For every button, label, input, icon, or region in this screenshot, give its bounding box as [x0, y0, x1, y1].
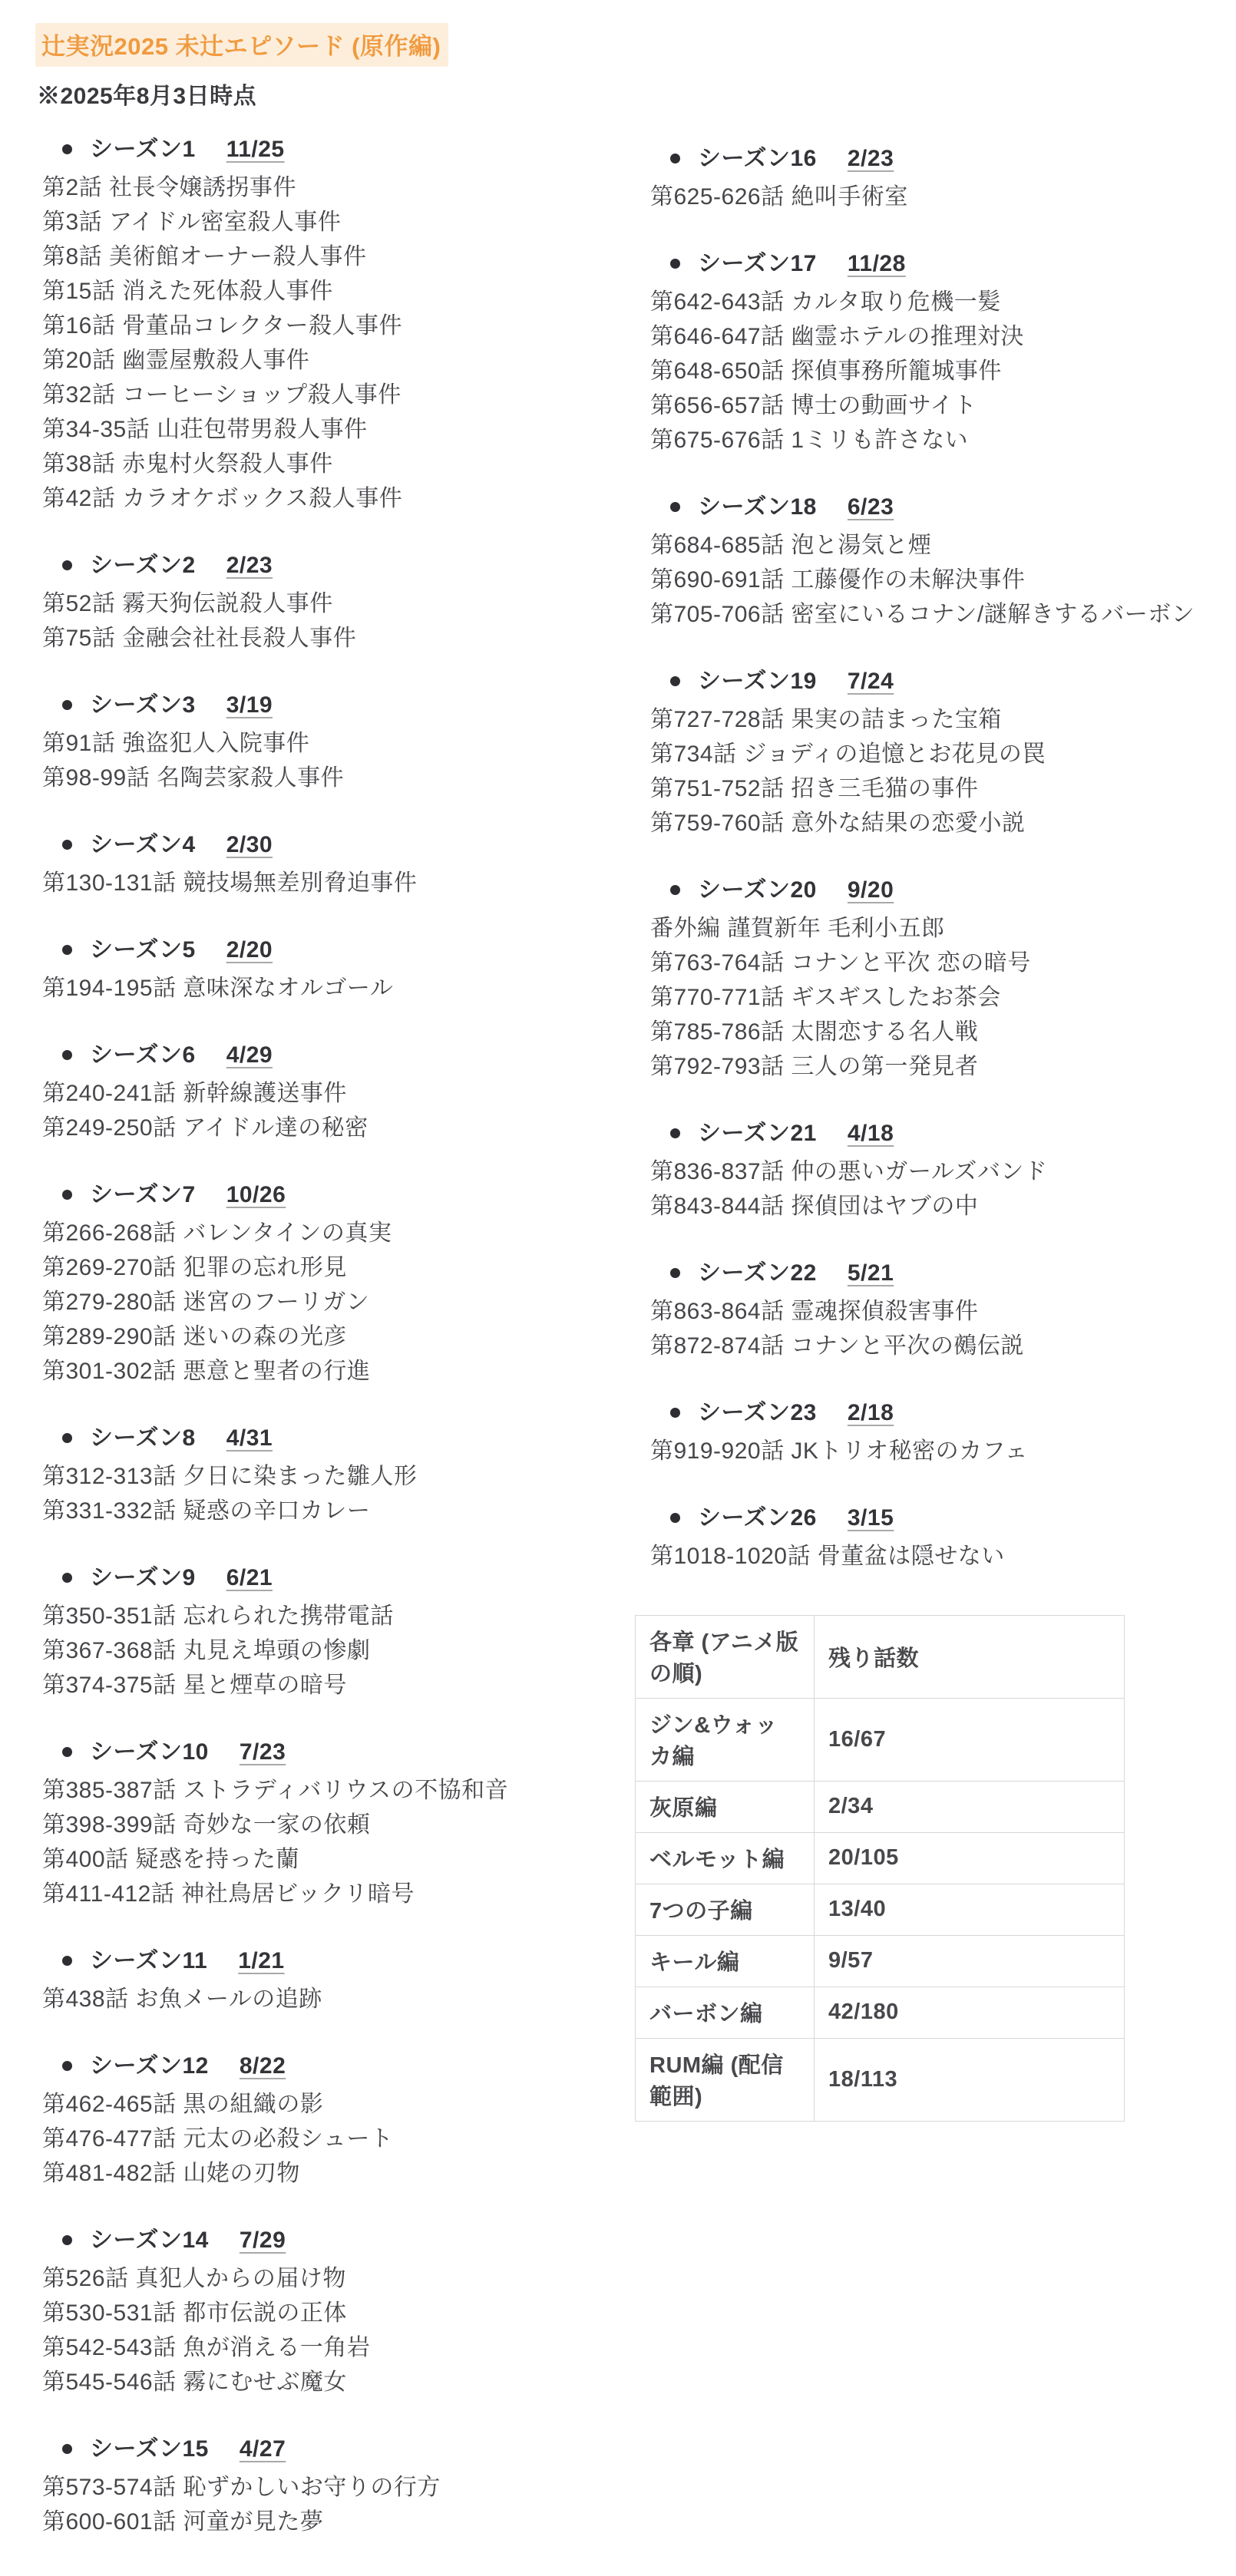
episode-list: 第863-864話 霊魂探偵殺害事件第872-874話 コナンと平次の鵺伝説 [650, 1294, 1213, 1363]
episode-list: 第684-685話 泡と湯気と煙第690-691話 工藤優作の未解決事件第705… [650, 528, 1213, 632]
season-block: シーズン26 3/15 第1018-1020話 骨董盆は隠せない [650, 1501, 1213, 1574]
season-count: 7/23 [240, 1735, 286, 1769]
episode-item: 第526話 真犯人からの届け物 [42, 2261, 603, 2296]
season-label: シーズン9 [90, 1560, 196, 1595]
season-label: シーズン7 [90, 1177, 196, 1212]
episode-item: 第374-375話 星と煙草の暗号 [42, 1668, 603, 1702]
episode-item: 第476-477話 元太の必殺シュート [42, 2122, 603, 2156]
episode-list: 第438話 お魚メールの追跡 [42, 1982, 603, 2016]
episode-list: 第52話 霧天狗伝説殺人事件第75話 金融会社社長殺人事件 [42, 586, 603, 656]
bullet-icon [62, 1190, 72, 1200]
episode-list: 第130-131話 競技場無差別脅迫事件 [42, 866, 603, 900]
table-row: 7つの子編13/40 [636, 1884, 1125, 1936]
episode-item: 第542-543話 魚が消える一角岩 [42, 2330, 603, 2365]
episode-item: 第872-874話 コナンと平次の鵺伝説 [650, 1329, 1213, 1363]
season-heading: シーズン14 7/29 [42, 2223, 603, 2257]
season-count: 5/21 [848, 1256, 894, 1290]
episode-list: 第350-351話 忘れられた携帯電話第367-368話 丸見え埠頭の惨劇第37… [42, 1599, 603, 1702]
episode-item: 第2話 社長令嬢誘拐事件 [42, 170, 603, 205]
season-count: 1/21 [238, 1944, 284, 1978]
season-label: シーズン23 [698, 1395, 817, 1430]
episode-item: 第130-131話 競技場無差別脅迫事件 [42, 866, 603, 900]
table-cell: バーボン編 [636, 1987, 815, 2039]
season-block: シーズン5 2/20 第194-195話 意味深なオルゴール [42, 933, 603, 1006]
episode-item: 第770-771話 ギスギスしたお茶会 [650, 980, 1213, 1015]
episode-item: 第625-626話 絶叫手術室 [650, 180, 1213, 214]
season-columns: シーズン1 11/25 第2話 社長令嬢誘拐事件第3話 アイドル密室殺人事件第8… [35, 132, 1236, 2539]
bullet-icon [62, 560, 72, 570]
episode-item: 第249-250話 アイドル達の秘密 [42, 1111, 603, 1145]
bullet-icon [670, 1408, 680, 1418]
season-count: 2/18 [848, 1395, 894, 1430]
season-label: シーズン22 [698, 1256, 817, 1290]
season-block: シーズン18 6/23 第684-685話 泡と湯気と煙第690-691話 工藤… [650, 490, 1213, 632]
table-header-cell-chapter: 各章 (アニメ版の順) [636, 1616, 815, 1699]
season-block: シーズン14 7/29 第526話 真犯人からの届け物第530-531話 都市伝… [42, 2223, 603, 2399]
bullet-icon [62, 1573, 72, 1583]
bullet-icon [62, 1747, 72, 1757]
bullet-icon [62, 2061, 72, 2071]
episode-item: 第8話 美術館オーナー殺人事件 [42, 239, 603, 274]
season-heading: シーズン11 1/21 [42, 1944, 603, 1978]
table-header-row: 各章 (アニメ版の順) 残り話数 [636, 1616, 1125, 1699]
season-label: シーズン5 [90, 933, 196, 967]
season-count: 11/28 [848, 246, 906, 281]
season-count: 4/29 [226, 1038, 273, 1072]
season-block: シーズン2 2/23 第52話 霧天狗伝説殺人事件第75話 金融会社社長殺人事件 [42, 548, 603, 656]
season-count: 2/30 [226, 827, 273, 862]
episode-list: 第573-574話 恥ずかしいお守りの行方第600-601話 河童が見た夢 [42, 2470, 603, 2539]
season-count: 9/20 [848, 873, 894, 907]
episode-item: 第836-837話 仲の悪いガールズバンド [650, 1154, 1213, 1189]
season-block: シーズン21 4/18 第836-837話 仲の悪いガールズバンド第843-84… [650, 1116, 1213, 1224]
episode-list: 第385-387話 ストラディバリウスの不協和音第398-399話 奇妙な一家の… [42, 1773, 603, 1911]
season-block: シーズン8 4/31 第312-313話 夕日に染まった雛人形第331-332話… [42, 1421, 603, 1528]
date-note: ※2025年8月3日時点 [37, 77, 1236, 111]
season-heading: シーズン5 2/20 [42, 933, 603, 967]
season-label: シーズン21 [698, 1116, 817, 1151]
table-row: ベルモット編20/105 [636, 1833, 1125, 1884]
episode-list: 第836-837話 仲の悪いガールズバンド第843-844話 探偵団はヤブの中 [650, 1154, 1213, 1224]
table-row: ジン&ウォッカ編16/67 [636, 1699, 1125, 1782]
bullet-icon [670, 676, 680, 686]
episode-item: 第843-844話 探偵団はヤブの中 [650, 1189, 1213, 1224]
season-block: シーズン16 2/23 第625-626話 絶叫手術室 [650, 141, 1213, 214]
episode-item: 第34-35話 山荘包帯男殺人事件 [42, 412, 603, 447]
episode-item: 第350-351話 忘れられた携帯電話 [42, 1599, 603, 1633]
episode-item: 第289-290話 迷いの森の光彦 [42, 1319, 603, 1354]
episode-item: 第573-574話 恥ずかしいお守りの行方 [42, 2470, 603, 2505]
table-row: 灰原編2/34 [636, 1782, 1125, 1833]
table-header-cell-remaining: 残り話数 [815, 1616, 1125, 1699]
bullet-icon [62, 1433, 72, 1443]
episode-item: 第759-760話 意外な結果の恋愛小説 [650, 806, 1213, 841]
episode-list: 第526話 真犯人からの届け物第530-531話 都市伝説の正体第542-543… [42, 2261, 603, 2399]
bullet-icon [62, 840, 72, 850]
episode-item: 第279-280話 迷宮のフーリガン [42, 1285, 603, 1319]
table-cell: 20/105 [815, 1833, 1125, 1884]
season-heading: シーズン26 3/15 [650, 1501, 1213, 1535]
episode-item: 第331-332話 疑惑の辛口カレー [42, 1494, 603, 1528]
bullet-icon [62, 700, 72, 710]
season-block: シーズン6 4/29 第240-241話 新幹線護送事件第249-250話 アイ… [42, 1038, 603, 1145]
season-block: シーズン9 6/21 第350-351話 忘れられた携帯電話第367-368話 … [42, 1560, 603, 1702]
season-block: シーズン7 10/26 第266-268話 バレンタインの真実第269-270話… [42, 1177, 603, 1389]
episode-list: 第1018-1020話 骨董盆は隠せない [650, 1539, 1213, 1574]
season-label: シーズン3 [90, 688, 196, 722]
episode-item: 第98-99話 名陶芸家殺人事件 [42, 761, 603, 795]
episode-item: 第52話 霧天狗伝説殺人事件 [42, 586, 603, 621]
episode-item: 第400話 疑惑を持った蘭 [42, 1842, 603, 1877]
episode-item: 第411-412話 神社鳥居ビックリ暗号 [42, 1877, 603, 1911]
bullet-icon [670, 885, 680, 895]
bullet-icon [62, 945, 72, 955]
episode-item: 第398-399話 奇妙な一家の依頼 [42, 1808, 603, 1842]
season-heading: シーズン18 6/23 [650, 490, 1213, 524]
season-heading: シーズン3 3/19 [42, 688, 603, 722]
season-count: 2/23 [848, 141, 894, 176]
episode-item: 第481-482話 山姥の刃物 [42, 2156, 603, 2191]
page-title: 辻実況2025 未辻エピソード (原作編) [35, 23, 448, 67]
bullet-icon [670, 154, 680, 163]
season-count: 4/27 [240, 2432, 286, 2466]
season-heading: シーズン6 4/29 [42, 1038, 603, 1072]
bullet-icon [62, 2235, 72, 2245]
episode-item: 第690-691話 工藤優作の未解決事件 [650, 563, 1213, 597]
episode-list: 第240-241話 新幹線護送事件第249-250話 アイドル達の秘密 [42, 1076, 603, 1145]
season-heading: シーズン17 11/28 [650, 246, 1213, 281]
episode-item: 第367-368話 丸見え埠頭の惨劇 [42, 1633, 603, 1668]
bullet-icon [670, 1268, 680, 1278]
episode-item: 第600-601話 河童が見た夢 [42, 2505, 603, 2539]
episode-item: 第763-764話 コナンと平次 恋の暗号 [650, 946, 1213, 980]
season-block: シーズン12 8/22 第462-465話 黒の組織の影第476-477話 元太… [42, 2049, 603, 2191]
right-season-list: シーズン16 2/23 第625-626話 絶叫手術室 シーズン17 11/28… [650, 141, 1213, 1574]
episode-item: 第919-920話 JKトリオ秘密のカフェ [650, 1434, 1213, 1468]
season-label: シーズン12 [90, 2049, 209, 2083]
episode-list: 第625-626話 絶叫手術室 [650, 180, 1213, 214]
episode-item: 第642-643話 カルタ取り危機一髪 [650, 285, 1213, 319]
season-heading: シーズン10 7/23 [42, 1735, 603, 1769]
bullet-icon [62, 1956, 72, 1966]
page: 辻実況2025 未辻エピソード (原作編) ※2025年8月3日時点 シーズン1… [0, 0, 1236, 2539]
episode-item: 第240-241話 新幹線護送事件 [42, 1076, 603, 1111]
season-heading: シーズン20 9/20 [650, 873, 1213, 907]
season-block: シーズン15 4/27 第573-574話 恥ずかしいお守りの行方第600-60… [42, 2432, 603, 2539]
bullet-icon [62, 1050, 72, 1060]
episode-list: 第462-465話 黒の組織の影第476-477話 元太の必殺シュート第481-… [42, 2087, 603, 2191]
season-heading: シーズン2 2/23 [42, 548, 603, 583]
table-cell: 13/40 [815, 1884, 1125, 1936]
bullet-icon [670, 1128, 680, 1138]
episode-list: 第919-920話 JKトリオ秘密のカフェ [650, 1434, 1213, 1468]
table-cell: 42/180 [815, 1987, 1125, 2039]
episode-item: 第656-657話 博士の動画サイト [650, 388, 1213, 423]
table-body: ジン&ウォッカ編16/67灰原編2/34ベルモット編20/1057つの子編13/… [636, 1699, 1125, 2122]
episode-item: 第91話 強盗犯人入院事件 [42, 726, 603, 761]
table-row: RUM編 (配信範囲)18/113 [636, 2039, 1125, 2122]
season-heading: シーズン7 10/26 [42, 1177, 603, 1212]
season-count: 6/23 [848, 490, 894, 524]
season-label: シーズン19 [698, 664, 817, 698]
episode-item: 第266-268話 バレンタインの真実 [42, 1216, 603, 1250]
episode-item: 第646-647話 幽霊ホテルの推理対決 [650, 319, 1213, 354]
bullet-icon [62, 144, 72, 154]
season-heading: シーズン16 2/23 [650, 141, 1213, 176]
season-heading: シーズン8 4/31 [42, 1421, 603, 1455]
season-count: 7/29 [240, 2223, 286, 2257]
season-heading: シーズン9 6/21 [42, 1560, 603, 1595]
season-block: シーズン20 9/20 番外編 謹賀新年 毛利小五郎第763-764話 コナンと… [650, 873, 1213, 1084]
episode-item: 第705-706話 密室にいるコナン/謎解きするバーボン [650, 597, 1213, 632]
season-block: シーズン17 11/28 第642-643話 カルタ取り危機一髪第646-647… [650, 246, 1213, 457]
season-count: 6/21 [226, 1560, 273, 1595]
episode-item: 第530-531話 都市伝説の正体 [42, 2296, 603, 2330]
season-heading: シーズン15 4/27 [42, 2432, 603, 2466]
table-cell: 18/113 [815, 2039, 1125, 2122]
bullet-icon [670, 259, 680, 269]
season-count: 2/23 [226, 548, 273, 583]
episode-item: 第727-728話 果実の詰まった宝箱 [650, 702, 1213, 737]
episode-item: 第20話 幽霊屋敷殺人事件 [42, 343, 603, 378]
episode-item: 第301-302話 悪意と聖者の行進 [42, 1354, 603, 1389]
season-block: シーズン19 7/24 第727-728話 果実の詰まった宝箱第734話 ジョデ… [650, 664, 1213, 841]
season-block: シーズン22 5/21 第863-864話 霊魂探偵殺害事件第872-874話 … [650, 1256, 1213, 1363]
season-block: シーズン3 3/19 第91話 強盗犯人入院事件第98-99話 名陶芸家殺人事件 [42, 688, 603, 795]
episode-item: 第675-676話 1ミリも許さない [650, 423, 1213, 457]
episode-item: 第32話 コーヒーショップ殺人事件 [42, 378, 603, 412]
episode-item: 第863-864話 霊魂探偵殺害事件 [650, 1294, 1213, 1329]
table-cell: 2/34 [815, 1782, 1125, 1833]
bullet-icon [670, 1513, 680, 1523]
season-label: シーズン14 [90, 2223, 209, 2257]
season-count: 4/31 [226, 1421, 273, 1455]
table-cell: ベルモット編 [636, 1833, 815, 1884]
season-block: シーズン23 2/18 第919-920話 JKトリオ秘密のカフェ [650, 1395, 1213, 1468]
episode-item: 第785-786話 太閤恋する名人戦 [650, 1015, 1213, 1049]
season-count: 3/15 [848, 1501, 894, 1535]
season-heading: シーズン1 11/25 [42, 132, 603, 167]
season-count: 4/18 [848, 1116, 894, 1151]
episode-item: 第684-685話 泡と湯気と煙 [650, 528, 1213, 563]
season-label: シーズン26 [698, 1501, 817, 1535]
season-block: シーズン10 7/23 第385-387話 ストラディバリウスの不協和音第398… [42, 1735, 603, 1911]
season-heading: シーズン19 7/24 [650, 664, 1213, 698]
episode-item: 第38話 赤鬼村火祭殺人事件 [42, 447, 603, 481]
episode-list: 第312-313話 夕日に染まった雛人形第331-332話 疑惑の辛口カレー [42, 1459, 603, 1528]
episode-item: 第385-387話 ストラディバリウスの不協和音 [42, 1773, 603, 1808]
table-row: バーボン編42/180 [636, 1987, 1125, 2039]
table-cell: 灰原編 [636, 1782, 815, 1833]
episode-item: 第75話 金融会社社長殺人事件 [42, 621, 603, 656]
season-label: シーズン4 [90, 827, 196, 862]
episode-item: 第194-195話 意味深なオルゴール [42, 971, 603, 1006]
table-cell: 9/57 [815, 1936, 1125, 1987]
season-count: 8/22 [240, 2049, 286, 2083]
table-cell: 16/67 [815, 1699, 1125, 1782]
season-heading: シーズン23 2/18 [650, 1395, 1213, 1430]
episode-item: 第15話 消えた死体殺人事件 [42, 274, 603, 309]
season-heading: シーズン4 2/30 [42, 827, 603, 862]
episode-item: 第3話 アイドル密室殺人事件 [42, 205, 603, 239]
episode-item: 第1018-1020話 骨董盆は隠せない [650, 1539, 1213, 1574]
episode-item: 第269-270話 犯罪の忘れ形見 [42, 1250, 603, 1285]
episode-list: 第266-268話 バレンタインの真実第269-270話 犯罪の忘れ形見第279… [42, 1216, 603, 1389]
season-label: シーズン6 [90, 1038, 196, 1072]
season-count: 7/24 [848, 664, 894, 698]
right-column: シーズン16 2/23 第625-626話 絶叫手術室 シーズン17 11/28… [603, 132, 1236, 2539]
episode-item: 第648-650話 探偵事務所籠城事件 [650, 354, 1213, 388]
season-label: シーズン17 [698, 246, 817, 281]
season-label: シーズン20 [698, 873, 817, 907]
episode-list: 第91話 強盗犯人入院事件第98-99話 名陶芸家殺人事件 [42, 726, 603, 795]
season-label: シーズン11 [90, 1944, 207, 1978]
table-cell: RUM編 (配信範囲) [636, 2039, 815, 2122]
episode-list: 番外編 謹賀新年 毛利小五郎第763-764話 コナンと平次 恋の暗号第770-… [650, 911, 1213, 1084]
table-cell: キール編 [636, 1936, 815, 1987]
season-label: シーズン18 [698, 490, 817, 524]
season-count: 2/20 [226, 933, 273, 967]
season-count: 10/26 [226, 1177, 286, 1212]
bullet-icon [670, 502, 680, 512]
bullet-icon [62, 2444, 72, 2454]
season-count: 11/25 [226, 132, 285, 167]
left-column: シーズン1 11/25 第2話 社長令嬢誘拐事件第3話 アイドル密室殺人事件第8… [35, 132, 603, 2539]
episode-list: 第727-728話 果実の詰まった宝箱第734話 ジョディの追憶とお花見の罠第7… [650, 702, 1213, 841]
episode-list: 第194-195話 意味深なオルゴール [42, 971, 603, 1006]
season-heading: シーズン21 4/18 [650, 1116, 1213, 1151]
table-cell: ジン&ウォッカ編 [636, 1699, 815, 1782]
episode-item: 第16話 骨董品コレクター殺人事件 [42, 309, 603, 343]
season-block: シーズン11 1/21 第438話 お魚メールの追跡 [42, 1944, 603, 2016]
table-cell: 7つの子編 [636, 1884, 815, 1936]
episode-item: 番外編 謹賀新年 毛利小五郎 [650, 911, 1213, 946]
season-label: シーズン1 [90, 132, 196, 167]
season-label: シーズン15 [90, 2432, 209, 2466]
season-label: シーズン2 [90, 548, 196, 583]
season-label: シーズン8 [90, 1421, 196, 1455]
episode-item: 第545-546話 霧にむせぶ魔女 [42, 2365, 603, 2399]
episode-list: 第642-643話 カルタ取り危機一髪第646-647話 幽霊ホテルの推理対決第… [650, 285, 1213, 457]
season-label: シーズン10 [90, 1735, 209, 1769]
season-block: シーズン4 2/30 第130-131話 競技場無差別脅迫事件 [42, 827, 603, 900]
season-heading: シーズン22 5/21 [650, 1256, 1213, 1290]
season-count: 3/19 [226, 688, 273, 722]
season-heading: シーズン12 8/22 [42, 2049, 603, 2083]
episode-list: 第2話 社長令嬢誘拐事件第3話 アイドル密室殺人事件第8話 美術館オーナー殺人事… [42, 170, 603, 516]
season-label: シーズン16 [698, 141, 817, 176]
episode-item: 第751-752話 招き三毛猫の事件 [650, 771, 1213, 806]
episode-item: 第312-313話 夕日に染まった雛人形 [42, 1459, 603, 1494]
episode-item: 第438話 お魚メールの追跡 [42, 1982, 603, 2016]
season-block: シーズン1 11/25 第2話 社長令嬢誘拐事件第3話 アイドル密室殺人事件第8… [42, 132, 603, 516]
episode-item: 第42話 カラオケボックス殺人事件 [42, 481, 603, 516]
episode-item: 第792-793話 三人の第一発見者 [650, 1049, 1213, 1084]
episode-item: 第734話 ジョディの追憶とお花見の罠 [650, 737, 1213, 771]
chapters-table: 各章 (アニメ版の順) 残り話数 ジン&ウォッカ編16/67灰原編2/34ベルモ… [635, 1615, 1125, 2122]
table-row: キール編9/57 [636, 1936, 1125, 1987]
episode-item: 第462-465話 黒の組織の影 [42, 2087, 603, 2122]
